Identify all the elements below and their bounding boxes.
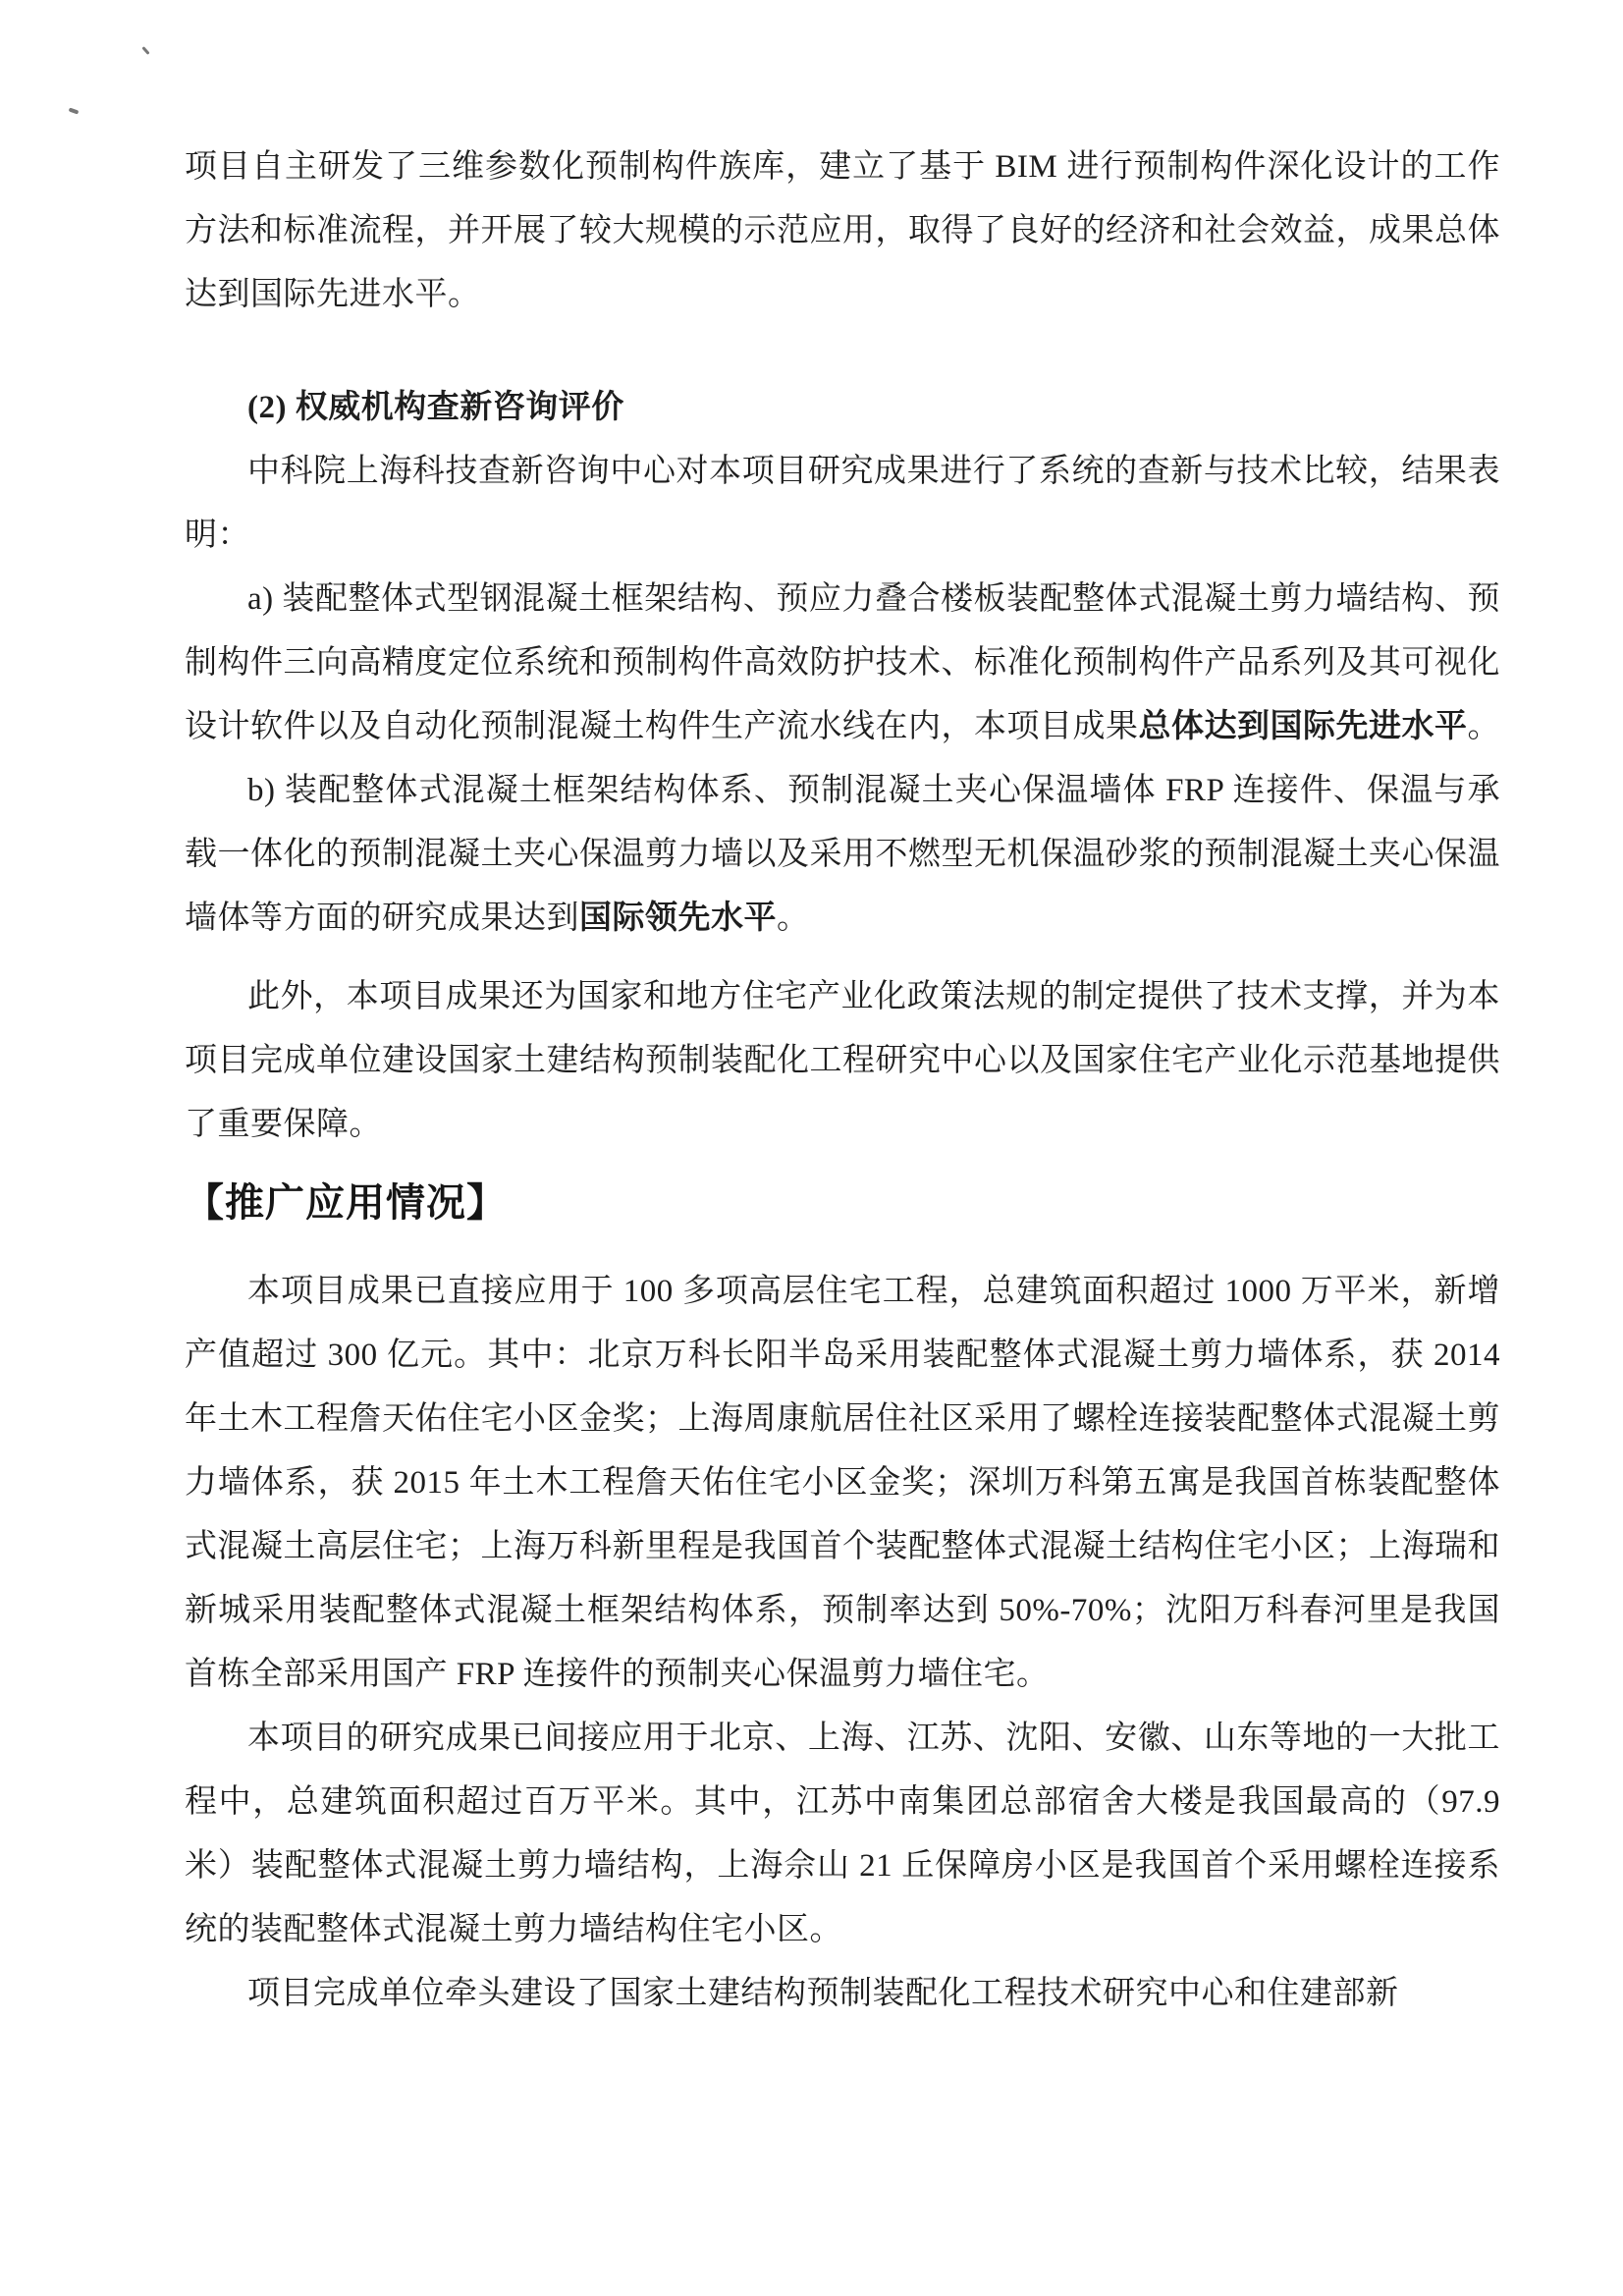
paragraph-item-a: a) 装配整体式型钢混凝土框架结构、预应力叠合楼板装配整体式混凝土剪力墙结构、预… bbox=[185, 568, 1500, 759]
item-a-period: 。 bbox=[1468, 709, 1501, 744]
scan-speck-icon bbox=[69, 107, 80, 114]
document-content: 项目自主研发了三维参数化预制构件族库，建立了基于 BIM 进行预制构件深化设计的… bbox=[185, 136, 1500, 2026]
document-page: 项目自主研发了三维参数化预制构件族库，建立了基于 BIM 进行预制构件深化设计的… bbox=[0, 0, 1623, 2296]
item-b-bold-conclusion: 国际领先水平 bbox=[579, 901, 777, 936]
item-b-period: 。 bbox=[777, 901, 810, 936]
paragraph-research-center: 项目完成单位牵头建设了国家土建结构预制装配化工程技术研究中心和住建部新 bbox=[185, 1962, 1500, 2026]
paragraph-item-b: b) 装配整体式混凝土框架结构体系、预制混凝土夹心保温墙体 FRP 连接件、保温… bbox=[185, 759, 1500, 951]
paragraph-indirect-application: 本项目的研究成果已间接应用于北京、上海、江苏、沈阳、安徽、山东等地的一大批工程中… bbox=[185, 1707, 1500, 1962]
paragraph-policy-support: 此外，本项目成果还为国家和地方住宅产业化政策法规的制定提供了技术支撑，并为本项目… bbox=[185, 965, 1500, 1157]
heading-authority-evaluation: (2) 权威机构查新咨询评价 bbox=[185, 376, 1500, 440]
paragraph-bim-achievement: 项目自主研发了三维参数化预制构件族库，建立了基于 BIM 进行预制构件深化设计的… bbox=[185, 136, 1500, 327]
heading-promotion-application: 【推广应用情况】 bbox=[185, 1172, 1500, 1235]
item-a-bold-conclusion: 总体达到国际先进水平 bbox=[1139, 709, 1468, 744]
paragraph-novelty-search: 中科院上海科技查新咨询中心对本项目研究成果进行了系统的查新与技术比较，结果表明： bbox=[185, 440, 1500, 568]
paragraph-direct-application: 本项目成果已直接应用于 100 多项高层住宅工程，总建筑面积超过 1000 万平… bbox=[185, 1260, 1500, 1707]
item-b-text: b) 装配整体式混凝土框架结构体系、预制混凝土夹心保温墙体 FRP 连接件、保温… bbox=[185, 773, 1500, 936]
scan-speck-icon bbox=[141, 46, 149, 55]
